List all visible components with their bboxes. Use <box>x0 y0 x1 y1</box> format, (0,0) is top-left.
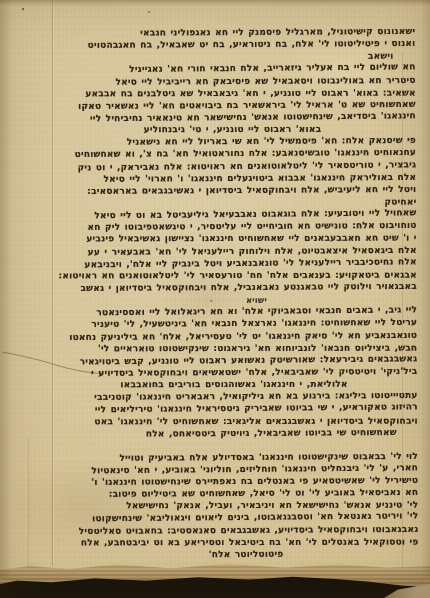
manuscript-photo: ישאנונוס קישיטוניל, מארגליל פיסמנק ליי ח… <box>0 0 430 598</box>
vignette-overlay <box>0 0 430 598</box>
